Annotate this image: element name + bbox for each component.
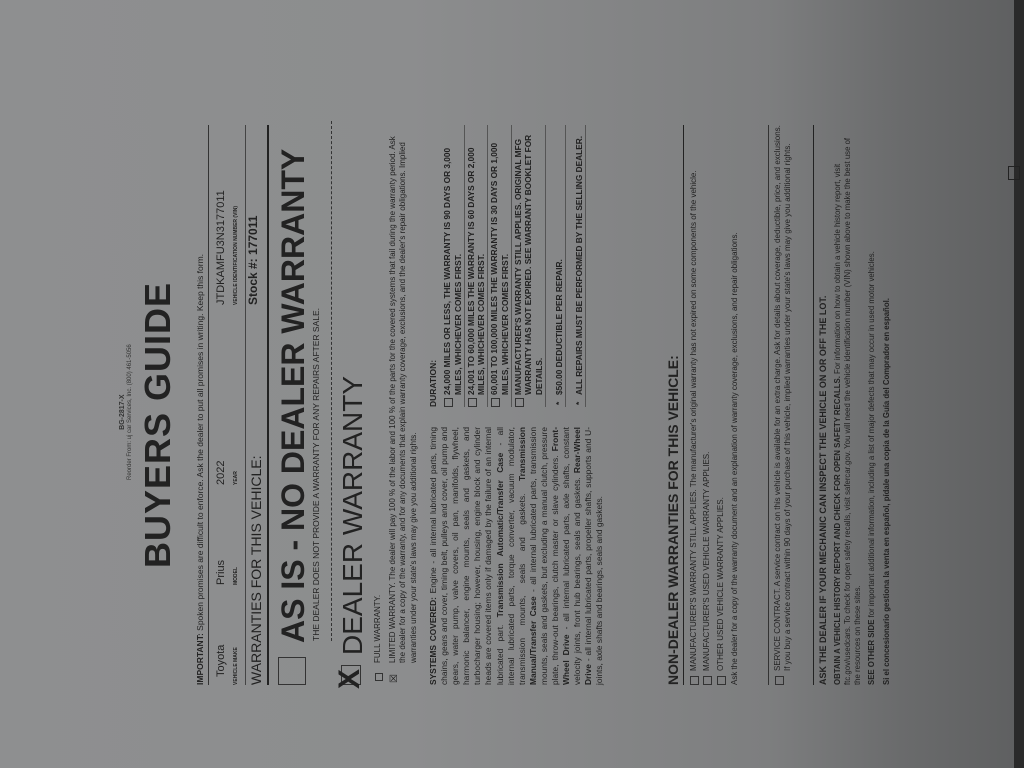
systems-covered-part: - all internal lubricated parts, propell… xyxy=(583,427,604,685)
duration-option: 24,001 TO 60,000 MILES THE WARRANTY IS 6… xyxy=(466,125,489,407)
ask-copy-text: Ask the dealer for a copy of the warrant… xyxy=(730,125,740,685)
non-dealer-item: MANUFACTURER'S USED VEHICLE WARRANTY APP… xyxy=(702,125,712,685)
duration-checkbox[interactable] xyxy=(468,398,477,407)
non-dealer-text: OTHER USED VEHICLE WARRANTY APPLIES. xyxy=(716,497,725,671)
divider xyxy=(768,125,769,685)
non-dealer-items: MANUFACTURER'S WARRANTY STILL APPLIES. T… xyxy=(689,125,741,685)
non-dealer-title: NON-DEALER WARRANTIES FOR THIS VEHICLE: xyxy=(665,355,681,685)
footer-info: OBTAIN A VEHICLE HISTORY REPORT AND CHEC… xyxy=(833,125,896,685)
background-edge xyxy=(1014,0,1024,768)
vehicle-model: Prius xyxy=(215,560,227,585)
duration-option: 60,001 TO 100,000 MILES THE WARRANTY IS … xyxy=(489,125,512,407)
systems-covered-part: Transmission Automatic/Transfer Case xyxy=(495,453,505,618)
deductible-note: *$50.00 DEDUCTIBLE PER REPAIR. xyxy=(554,125,566,407)
important-text: Spoken promises are difficult to enforce… xyxy=(195,254,205,631)
duration-text: MANUFACTURER'S WARRANTY STILL APPLIES. O… xyxy=(513,135,545,395)
vehicle-info-row: Toyota VEHICLE MAKE Prius MODEL 2022 YEA… xyxy=(213,125,246,685)
ask-mechanic: ASK THE DEALER IF YOUR MECHANIC CAN INSP… xyxy=(818,296,828,685)
vehicle-vin: JTDKAMFU3N3177011 xyxy=(215,190,227,305)
limited-warranty-checkbox[interactable]: ☒ xyxy=(388,674,401,683)
note-text: ALL REPAIRS MUST BE PERFORMED BY THE SEL… xyxy=(574,136,584,395)
duration-checkbox[interactable] xyxy=(491,398,500,407)
non-dealer-item: MANUFACTURER'S WARRANTY STILL APPLIES. T… xyxy=(689,125,699,685)
duration-text: 24,000 MILES OR LESS, THE WARRANTY IS 90… xyxy=(442,148,463,395)
non-dealer-checkbox[interactable] xyxy=(703,676,712,685)
vehicle-make: Toyota xyxy=(215,645,227,677)
divider xyxy=(267,125,269,685)
non-dealer-checkbox[interactable] xyxy=(717,676,726,685)
corner-checkbox xyxy=(1008,166,1020,180)
duration-text: 60,001 TO 100,000 MILES THE WARRANTY IS … xyxy=(489,143,510,395)
note-text: $50.00 DEDUCTIBLE PER REPAIR. xyxy=(554,259,564,395)
form-number: BG-2817-X xyxy=(119,344,127,480)
repairs-note: *ALL REPAIRS MUST BE PERFORMED BY THE SE… xyxy=(574,125,586,407)
see-other-side-text: for important additional information, in… xyxy=(867,251,876,619)
duration-option: MANUFACTURER'S WARRANTY STILL APPLIES. O… xyxy=(513,125,546,407)
systems-covered-text: Engine - all internal lubricated parts, … xyxy=(428,427,604,685)
spanish-note: Si el concesionario gestiona la venta en… xyxy=(882,125,892,685)
reorder-info: Reorder From: uj car Services, Inc. (800… xyxy=(127,344,133,480)
dealer-warranty-title: DEALER WARRANTY xyxy=(337,376,369,655)
duration-text: 24,001 TO 60,000 MILES THE WARRANTY IS 6… xyxy=(466,148,487,395)
divider xyxy=(813,125,814,685)
systems-covered: SYSTEMS COVERED: Engine - all internal l… xyxy=(428,427,606,685)
duration-label: DURATION: xyxy=(428,360,438,407)
duration-checkbox[interactable] xyxy=(444,398,453,407)
non-dealer-checkbox[interactable] xyxy=(690,676,699,685)
history-report: OBTAIN A VEHICLE HISTORY REPORT AND CHEC… xyxy=(833,125,863,685)
duration-option: 24,000 MILES OR LESS, THE WARRANTY IS 90… xyxy=(442,125,465,407)
as-is-title: AS IS - NO DEALER WARRANTY xyxy=(275,149,312,643)
non-dealer-text: MANUFACTURER'S WARRANTY STILL APPLIES. T… xyxy=(689,170,698,671)
important-label: IMPORTANT: xyxy=(195,633,205,685)
dashed-divider xyxy=(331,121,332,641)
warranties-title: WARRANTIES FOR THIS VEHICLE: xyxy=(248,456,264,685)
duration-options: 24,000 MILES OR LESS, THE WARRANTY IS 90… xyxy=(442,125,586,407)
vehicle-year-label: YEAR xyxy=(233,471,239,485)
buyers-guide-page: BG-2817-X Reorder From: uj car Services,… xyxy=(105,125,905,725)
important-notice: IMPORTANT: Spoken promises are difficult… xyxy=(195,125,209,685)
x-mark-icon: X xyxy=(333,669,367,689)
page-title: BUYERS GUIDE xyxy=(137,125,179,725)
vehicle-model-label: MODEL xyxy=(233,567,239,585)
as-is-subtitle: THE DEALER DOES NOT PROVIDE A WARRANTY F… xyxy=(311,308,321,641)
limited-warranty-text: LIMITED WARRANTY. The dealer will pay 10… xyxy=(388,133,419,663)
systems-covered-part: Engine - all internal lubricated parts, … xyxy=(428,427,505,685)
service-contract-checkbox[interactable] xyxy=(775,676,784,685)
stock-number: Stock #: 177011 xyxy=(246,216,260,305)
as-is-checkbox[interactable] xyxy=(278,657,306,685)
vehicle-make-label: VEHICLE MAKE xyxy=(233,647,239,685)
service-contract: SERVICE CONTRACT. A service contract on … xyxy=(773,125,794,685)
duration-checkbox[interactable] xyxy=(515,398,524,407)
vehicle-year: 2022 xyxy=(215,461,227,485)
systems-covered-label: SYSTEMS COVERED: xyxy=(428,597,438,685)
service-contract-text: SERVICE CONTRACT. A service contract on … xyxy=(773,125,792,671)
vehicle-vin-label: VEHICLE IDENTIFICATION NUMBER (VIN) xyxy=(233,206,239,305)
form-header: BG-2817-X Reorder From: uj car Services,… xyxy=(119,344,135,480)
non-dealer-item: OTHER USED VEHICLE WARRANTY APPLIES. xyxy=(716,125,726,685)
full-warranty-label: FULL WARRANTY. xyxy=(373,595,383,663)
divider xyxy=(683,125,684,685)
non-dealer-text: MANUFACTURER'S USED VEHICLE WARRANTY APP… xyxy=(702,452,711,671)
history-bold: OBTAIN A VEHICLE HISTORY REPORT AND CHEC… xyxy=(833,376,842,685)
see-other-side: SEE OTHER SIDE for important additional … xyxy=(867,125,877,685)
see-other-side-bold: SEE OTHER SIDE xyxy=(867,620,876,685)
full-warranty-checkbox[interactable] xyxy=(375,673,383,681)
